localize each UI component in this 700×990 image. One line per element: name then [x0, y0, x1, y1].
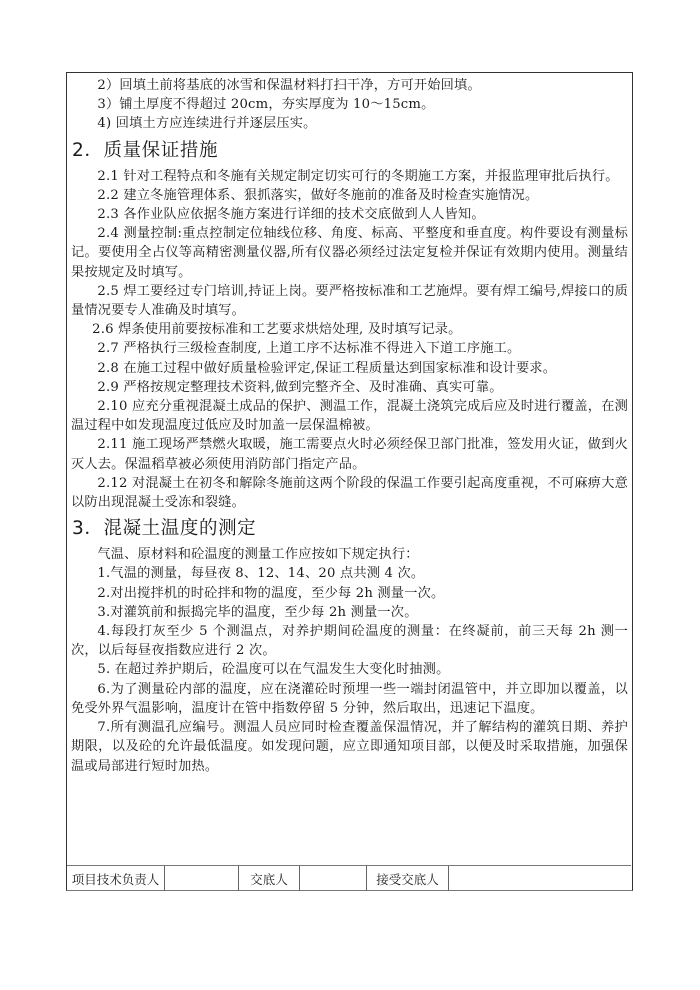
backfill-item-2: 2）回填土前将基底的冰雪和保温材料打扫干净，方可开始回填。	[71, 76, 628, 95]
quality-item-2-2: 2.2 建立冬施管理体系、狠抓落实，做好冬施前的准备及时检查实施情况。	[71, 186, 628, 205]
quality-item-2-6: 2.6 焊条使用前要按标准和工艺要求烘焙处理, 及时填写记录。	[71, 320, 628, 339]
quality-item-2-11: 2.11 施工现场严禁燃火取暖，施工需要点火时必须经保卫部门批准，签发用火证，做…	[71, 435, 628, 473]
temperature-item-1: 1.气温的测量，每昼夜 8、12、14、20 点共测 4 次。	[71, 564, 628, 583]
briefer-label: 交底人	[239, 866, 300, 891]
briefer-signature-field[interactable]	[300, 866, 367, 891]
temperature-item-3: 3.对灌筑前和振捣完毕的温度，至少每 2h 测量一次。	[71, 603, 628, 622]
backfill-item-4: 4) 回填土方应连续进行并逐层压实。	[71, 114, 628, 133]
temperature-item-6: 6.为了测量砼内部的温度，应在浇灌砼时预埋一些一端封闭温管中，并立即加以覆盖，以…	[71, 680, 628, 718]
temperature-intro: 气温、原材料和砼温度的测量工作应按如下规定执行：	[71, 545, 628, 564]
quality-item-2-8: 2.8 在施工过程中做好质量检验评定,保证工程质量达到国家标准和设计要求。	[71, 359, 628, 378]
section-2-heading: 2．质量保证措施	[71, 138, 628, 164]
temperature-item-7: 7.所有测温孔应编号。测温人员应同时检查覆盖保温情况，并了解结构的灌筑日期、养护…	[71, 718, 628, 776]
temperature-item-5: 5. 在超过养护期后，砼温度可以在气温发生大变化时抽测。	[71, 660, 628, 679]
receiver-signature-field[interactable]	[449, 866, 631, 891]
quality-item-2-10: 2.10 应充分重视混凝土成品的保护、测温工作，混凝土浇筑完成后应及时进行覆盖，…	[71, 397, 628, 435]
quality-item-2-4: 2.4 测量控制:重点控制定位轴线位移、角度、标高、平整度和垂直度。构件要设有测…	[71, 224, 628, 282]
quality-item-2-9: 2.9 严格按规定整理技术资料,做到完整齐全、及时准确、真实可靠。	[71, 378, 628, 397]
receiver-label: 接受交底人	[367, 866, 449, 891]
quality-item-2-12: 2.12 对混凝土在初冬和解除冬施前这两个阶段的保温工作要引起高度重视，不可麻痹…	[71, 474, 628, 512]
tech-lead-label: 项目技术负责人	[67, 866, 165, 891]
document-body: 2）回填土前将基底的冰雪和保温材料打扫干净，方可开始回填。 3）铺土厚度不得超过…	[67, 76, 632, 776]
temperature-item-4: 4.每段打灰至少 5 个测温点，对养护期间砼温度的测量：在终凝前，前三天每 2h…	[71, 622, 628, 660]
tech-lead-signature-field[interactable]	[165, 866, 239, 891]
disclosure-form: 2）回填土前将基底的冰雪和保温材料打扫干净，方可开始回填。 3）铺土厚度不得超过…	[66, 72, 633, 891]
quality-item-2-1: 2.1 针对工程特点和冬施有关规定制定切实可行的冬期施工方案，并报监理审批后执行…	[71, 167, 628, 186]
backfill-item-3: 3）铺土厚度不得超过 20cm，夯实厚度为 10～15cm。	[71, 95, 628, 114]
temperature-item-2: 2.对出搅拌机的时砼拌和物的温度，至少每 2h 测量一次。	[71, 584, 628, 603]
quality-item-2-5: 2.5 焊工要经过专门培训,持证上岗。要严格按标准和工艺施焊。要有焊工编号,焊接…	[71, 282, 628, 320]
signature-row: 项目技术负责人 交底人 接受交底人	[67, 865, 631, 891]
quality-item-2-3: 2.3 各作业队应依据冬施方案进行详细的技术交底做到人人皆知。	[71, 205, 628, 224]
quality-item-2-7: 2.7 严格执行三级检查制度, 上道工序不达标准不得进入下道工序施工。	[71, 339, 628, 358]
section-3-heading: 3．混凝土温度的测定	[71, 516, 628, 542]
